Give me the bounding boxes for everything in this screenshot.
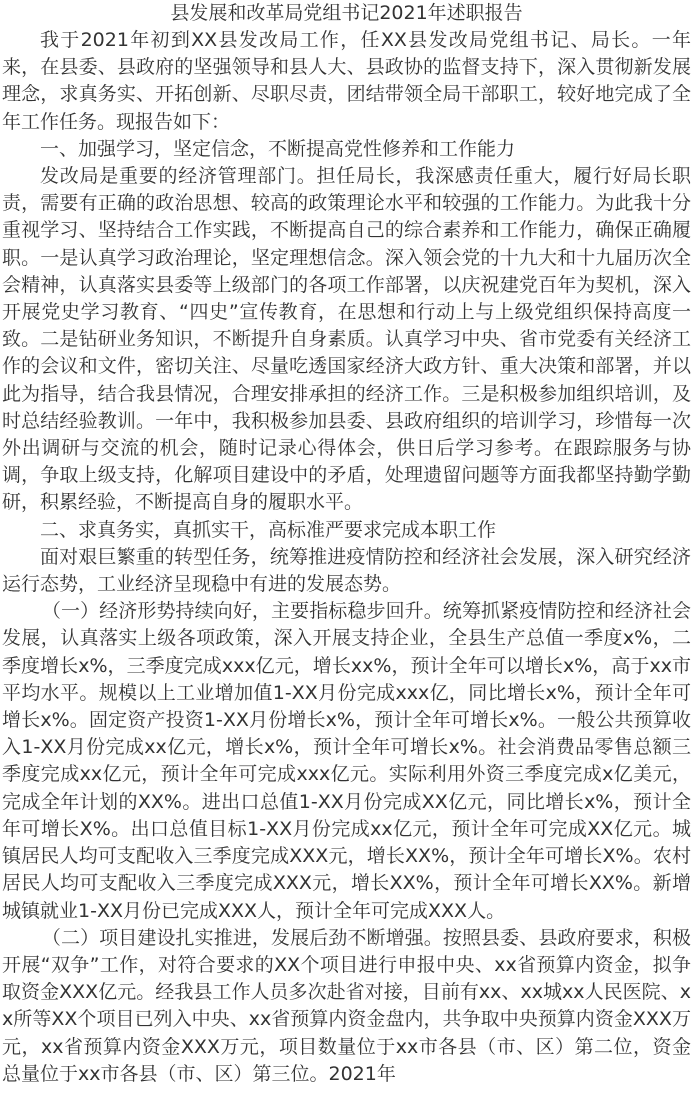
- section-heading-1: 一、加强学习，坚定信念，不断提高党性修养和工作能力: [2, 136, 691, 163]
- section-1-paragraph: 发改局是重要的经济管理部门。担任局长，我深感责任重大，履行好局长职责，需要有正确…: [2, 163, 691, 517]
- subsection-2-paragraph: （二）项目建设扎实推进，发展后劲不断增强。按照县委、县政府要求，积极开展“双争”…: [2, 925, 691, 1088]
- subsection-1-paragraph: （一）经济形势持续向好，主要指标稳步回升。统筹抓紧疫情防控和经济社会发展，认真落…: [2, 598, 691, 924]
- document-page: 县发展和改革局党组书记2021年述职报告 我于2021年初到XX县发改局工作，任…: [0, 0, 693, 1088]
- section-heading-2: 二、求真务实，真抓实干，高标准严要求完成本职工作: [2, 517, 691, 544]
- document-title: 县发展和改革局党组书记2021年述职报告: [2, 0, 691, 27]
- intro-paragraph: 我于2021年初到XX县发改局工作，任XX县发改局党组书记、局长。一年来，在县委…: [2, 27, 691, 136]
- section-2-intro-paragraph: 面对艰巨繁重的转型任务，统筹推进疫情防控和经济社会发展，深入研究经济运行态势，工…: [2, 544, 691, 598]
